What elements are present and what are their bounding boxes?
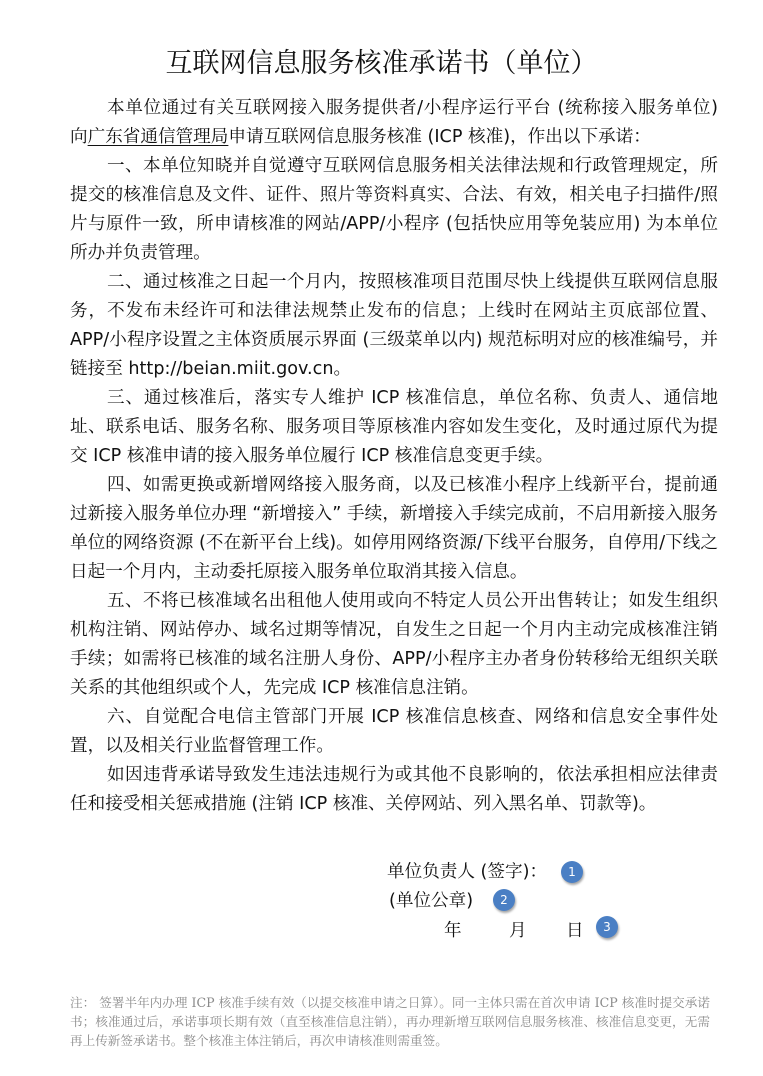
clause-1: 一、本单位知晓并自觉遵守互联网信息服务相关法律法规和行政管理规定，所提交的核准信… bbox=[70, 152, 718, 268]
intro-text-end: 申请互联网信息服务核准 (ICP 核准)，作出以下承诺： bbox=[228, 127, 650, 147]
document-body: 本单位通过有关互联网接入服务提供者/小程序运行平台 (统称接入服务单位) 向广东… bbox=[70, 94, 718, 819]
date-year-label: 年 bbox=[444, 917, 462, 946]
intro-paragraph: 本单位通过有关互联网接入服务提供者/小程序运行平台 (统称接入服务单位) 向广东… bbox=[70, 94, 718, 152]
document-title: 互联网信息服务核准承诺书（单位） bbox=[0, 44, 763, 84]
clause-6: 六、自觉配合电信主管部门开展 ICP 核准信息核查、网络和信息安全事件处置，以及… bbox=[70, 703, 718, 761]
closing-paragraph: 如因违背承诺导致发生违法违规行为或其他不良影响的，依法承担相应法律责任和接受相关… bbox=[70, 761, 718, 819]
footnote: 注： 签署半年内办理 ICP 核准手续有效（以提交核准申请之日算）。同一主体只需… bbox=[70, 993, 710, 1050]
date-day-label: 日 bbox=[566, 917, 584, 946]
date-month-label: 月 bbox=[509, 917, 527, 946]
seal-label: (单位公章) bbox=[389, 887, 473, 916]
clause-2: 二、通过核准之日起一个月内，按照核准项目范围尽快上线提供互联网信息服务，不发布未… bbox=[70, 268, 718, 384]
signature-marker-1[interactable]: 1 bbox=[561, 861, 583, 883]
commitment-letter-page: 互联网信息服务核准承诺书（单位） 本单位通过有关互联网接入服务提供者/小程序运行… bbox=[0, 0, 763, 1076]
clause-4: 四、如需更换或新增网络接入服务商，以及已核准小程序上线新平台，提前通过新接入服务… bbox=[70, 471, 718, 587]
clause-3: 三、通过核准后，落实专人维护 ICP 核准信息，单位名称、负责人、通信地址、联系… bbox=[70, 384, 718, 471]
authority-name-underlined: 广东省通信管理局 bbox=[88, 127, 229, 147]
signature-marker-2[interactable]: 2 bbox=[493, 889, 515, 911]
signature-marker-3[interactable]: 3 bbox=[596, 916, 618, 938]
responsible-signature-label: 单位负责人 (签字)： bbox=[387, 858, 547, 887]
clause-5: 五、不将已核准域名出租他人使用或向不特定人员公开出售转让；如发生组织机构注销、网… bbox=[70, 587, 718, 703]
